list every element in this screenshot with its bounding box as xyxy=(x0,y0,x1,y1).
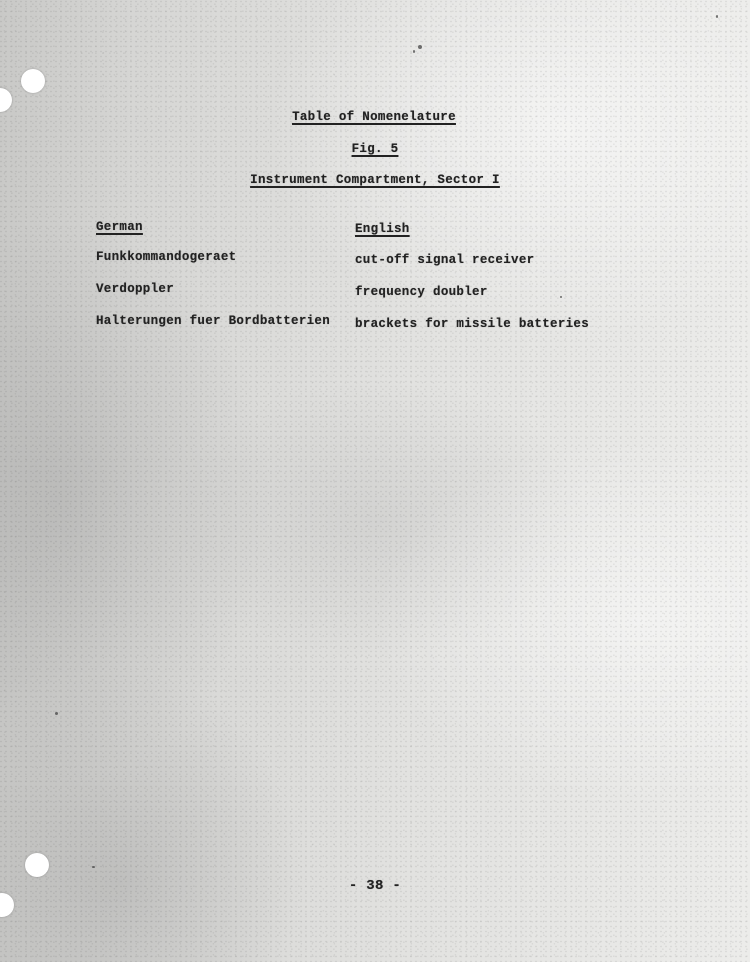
subtitle: Instrument Compartment, Sector I xyxy=(250,173,500,187)
column-header-english: English xyxy=(355,222,410,236)
figure-label: Fig. 5 xyxy=(352,142,399,156)
table-row-german: Verdoppler xyxy=(96,282,174,296)
hole-punch-top xyxy=(21,69,45,93)
hole-punch-bottom xyxy=(25,853,49,877)
table-row-german: Funkkommandogeraet xyxy=(96,250,236,264)
table-row-english: cut-off signal receiver xyxy=(355,253,534,267)
table-row-english: brackets for missile batteries xyxy=(355,317,589,331)
subtitle-line: Instrument Compartment, Sector I xyxy=(0,173,750,187)
table-row-english: frequency doubler xyxy=(355,285,488,299)
ink-speck xyxy=(55,712,58,715)
column-header-german: German xyxy=(96,220,143,234)
figure-line: Fig. 5 xyxy=(0,142,750,156)
heading-block: Table of Nomenelature xyxy=(0,110,750,124)
scanned-page: Table of Nomenelature Fig. 5 Instrument … xyxy=(0,0,750,962)
table-row-german: Halterungen fuer Bordbatterien xyxy=(96,314,330,328)
page-title: Table of Nomenelature xyxy=(292,110,456,124)
ink-speck xyxy=(560,296,562,298)
ink-speck xyxy=(716,15,718,18)
ink-speck xyxy=(92,866,95,868)
ink-speck xyxy=(418,45,422,49)
ink-speck xyxy=(413,50,415,53)
page-number: - 38 - xyxy=(0,878,750,894)
